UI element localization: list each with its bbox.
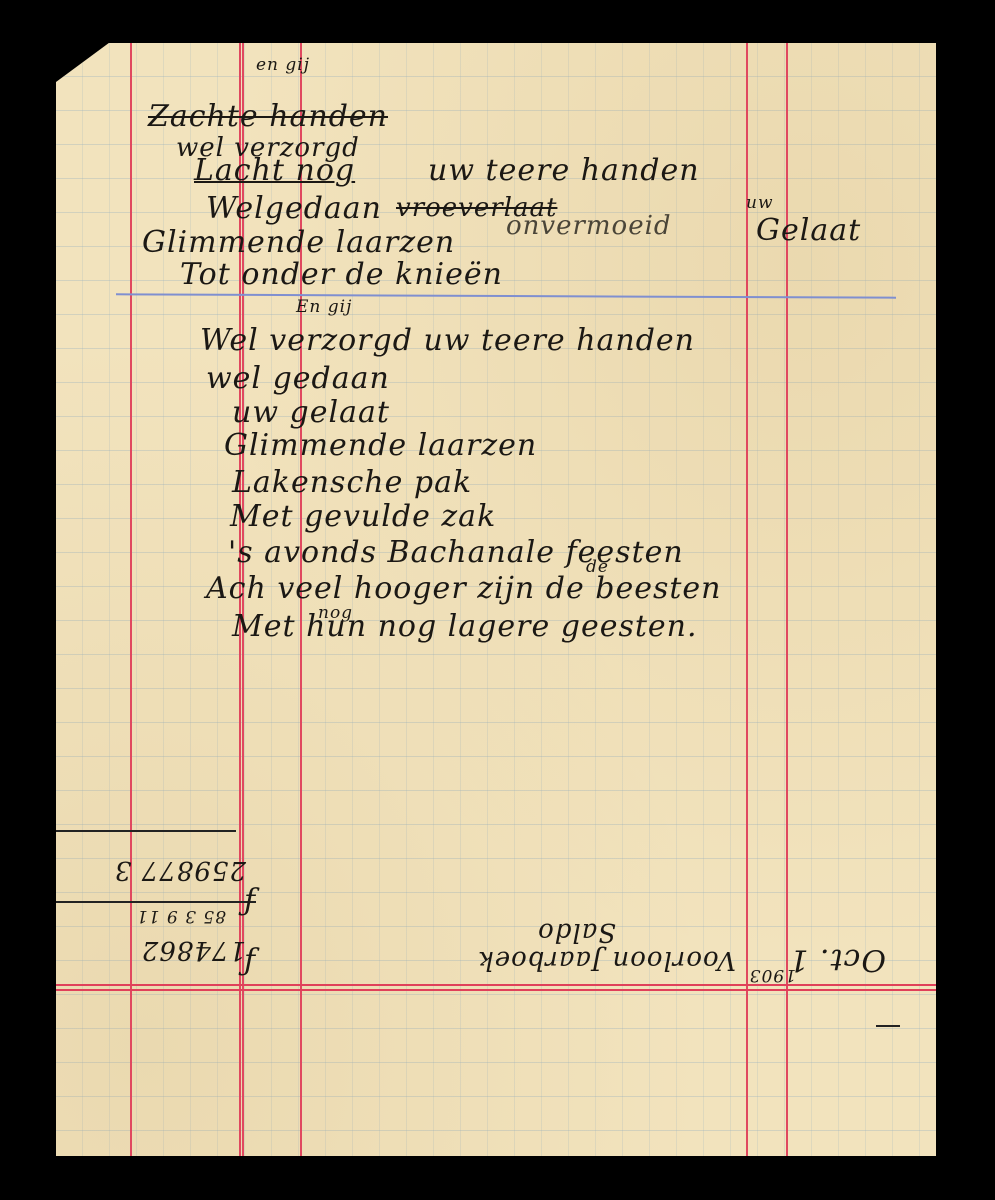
bottom-rule <box>56 989 936 991</box>
poem-line: 's avonds Bachanale feesten <box>228 535 684 570</box>
draft-line: Welgedaan <box>206 191 382 226</box>
ledger-rule <box>56 830 236 832</box>
manuscript-page: en gij Zachte handen wel verzorgd Lacht … <box>56 43 936 1156</box>
florin-symbol: ƒ <box>244 943 256 978</box>
ledger-amount: 174862 <box>141 935 246 965</box>
ledger-amount: 259877 3 <box>114 855 246 885</box>
ledger-entry-year: 1903 <box>749 965 796 985</box>
poem-line: Lakensche pak <box>232 465 472 500</box>
ledger-entry-saldo: Saldo <box>537 917 616 947</box>
divider-line <box>116 293 896 298</box>
poem-line: uw gelaat <box>232 395 390 430</box>
poem-line: wel gedaan <box>206 361 390 396</box>
poem-line: Glimmende laarzen <box>224 428 537 463</box>
ledger-dash <box>876 1025 900 1027</box>
draft-line: Gelaat <box>756 213 861 248</box>
bottom-rule <box>56 984 936 986</box>
ledger-amount: 85 3 9 11 <box>136 906 226 926</box>
ledger-amount-block: 259877 3 <box>86 843 246 889</box>
ledger-entry-text: Voorloon Jaarboek <box>477 945 736 975</box>
draft-line: onvermoeid <box>506 211 672 241</box>
insertion-text: En gij <box>296 297 352 317</box>
draft-line: Lacht nog <box>194 153 355 188</box>
insertion-text: en gij <box>256 55 310 75</box>
ledger-amount-block: 174862 <box>86 927 246 967</box>
poem-line: Met gevulde zak <box>230 499 496 534</box>
ledger-entry-date: Oct. 1 <box>788 942 886 977</box>
poem-line: Wel verzorgd uw teere handen <box>200 323 695 358</box>
struck-line: Zachte handen <box>148 99 388 134</box>
draft-line: Glimmende laarzen <box>142 225 455 260</box>
draft-line: Tot onder de knieën <box>180 257 503 292</box>
poem-line: Met hun nog lagere geesten. <box>232 609 698 644</box>
florin-symbol: ƒ <box>244 883 256 918</box>
poem-line: Ach veel hooger zijn de beesten <box>206 571 721 606</box>
insertion-text: uw <box>746 193 774 213</box>
ledger-entry: Oct. 1 1903 Voorloon Jaarboek Saldo <box>426 923 886 983</box>
draft-line: uw teere handen <box>428 153 700 188</box>
ledger-amount-block: 85 3 9 11 <box>86 898 246 928</box>
